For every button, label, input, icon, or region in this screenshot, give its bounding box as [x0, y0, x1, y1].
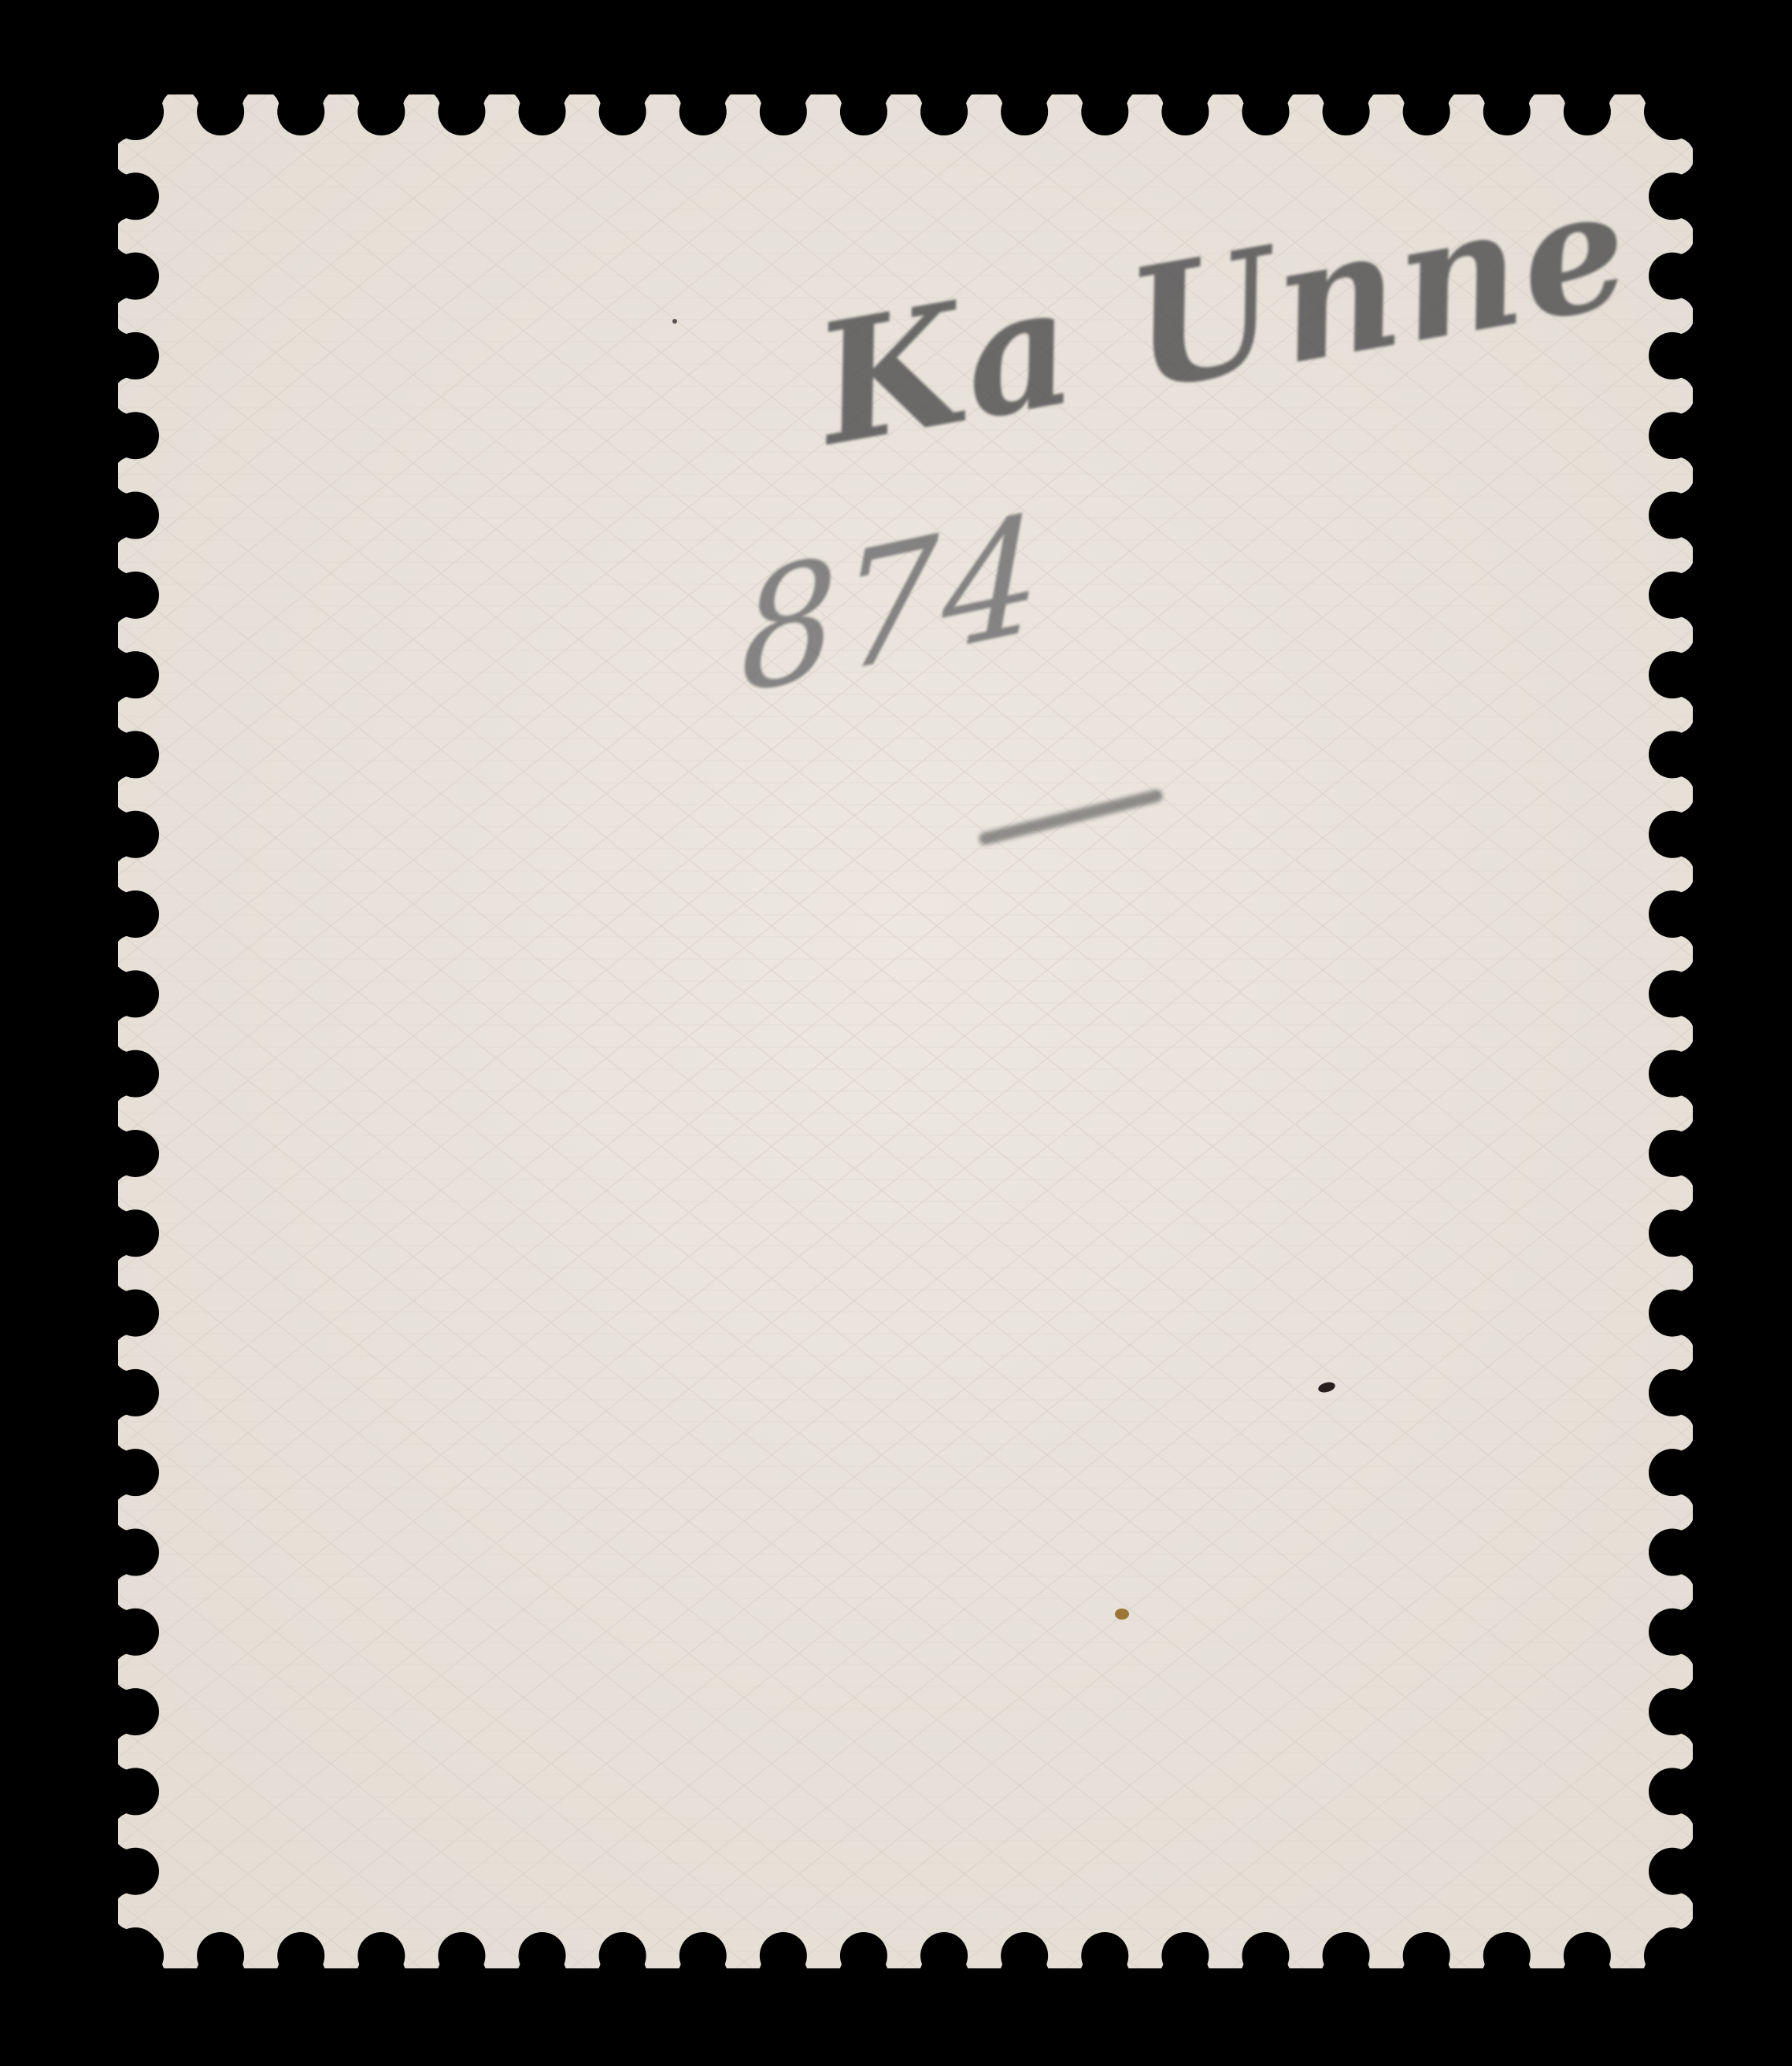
paper-texture — [118, 94, 1693, 1968]
stamp-scene — [0, 0, 1792, 2066]
brown-spot — [1115, 1609, 1129, 1620]
tiny-speck — [672, 319, 677, 324]
stamp — [118, 94, 1693, 1968]
